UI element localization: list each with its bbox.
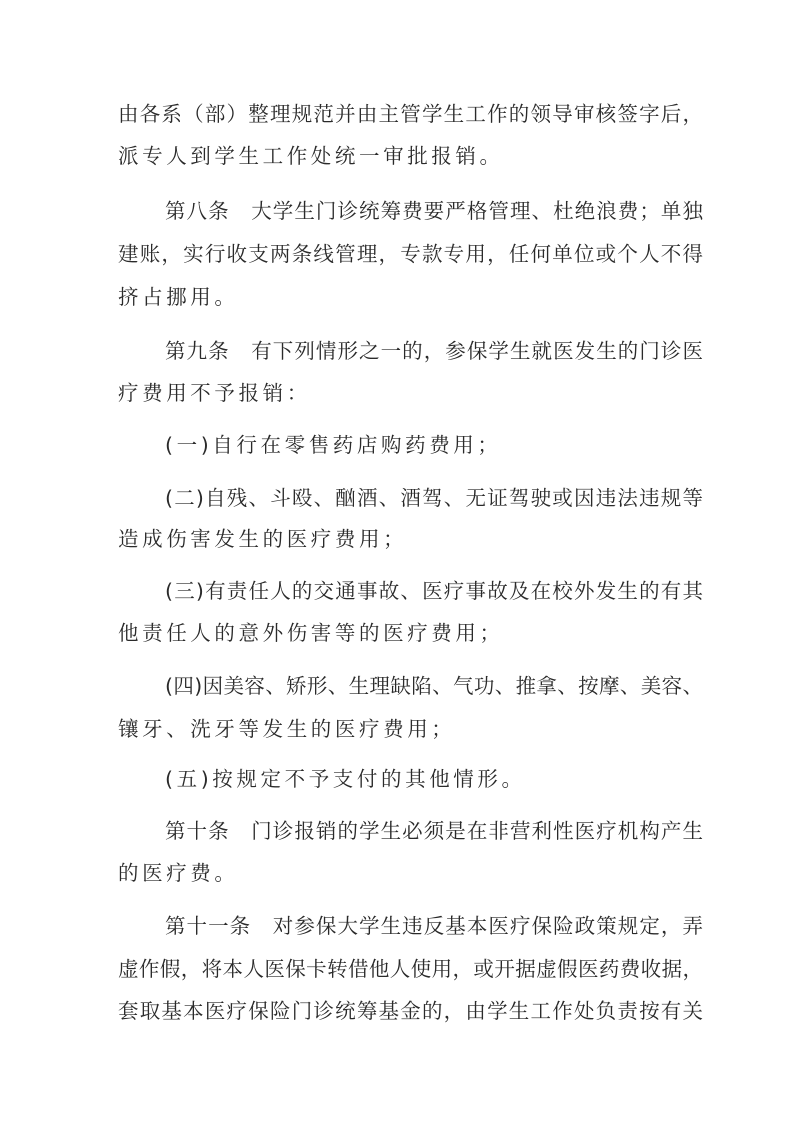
text-line: (三)有责任人的交通事故、医疗事故及在校外发生的有其 xyxy=(165,576,703,606)
text-line: 造成伤害发生的医疗费用； xyxy=(118,524,703,554)
text-line: 虚作假，将本人医保卡转借他人使用，或开据虚假医药费收据， xyxy=(118,954,703,984)
text-line: 派专人到学生工作处统一审批报销。 xyxy=(118,141,703,171)
text-line: (四)因美容、矫形、生理缺陷、气功、推拿、按摩、美容、 xyxy=(165,671,703,701)
text-line: 第九条 有下列情形之一的，参保学生就医发生的门诊医 xyxy=(165,336,703,366)
text-line: 他责任人的意外伤害等的医疗费用； xyxy=(118,618,703,648)
text-line: (五)按规定不予支付的其他情形。 xyxy=(165,764,703,794)
text-line: 第十一条 对参保大学生违反基本医疗保险政策规定，弄 xyxy=(165,911,703,941)
text-line: 由各系（部）整理规范并由主管学生工作的领导审核签字后， xyxy=(118,99,703,129)
text-line: 的医疗费。 xyxy=(118,858,703,888)
text-line: 挤占挪用。 xyxy=(118,282,703,312)
text-line: 第八条 大学生门诊统筹费要严格管理、杜绝浪费；单独 xyxy=(165,196,703,226)
text-line: (二)自残、斗殴、酗酒、酒驾、无证驾驶或因违法违规等 xyxy=(165,483,703,513)
text-line: 镶牙、洗牙等发生的医疗费用； xyxy=(118,714,703,744)
text-line: (一)自行在零售药店购药费用； xyxy=(165,430,703,460)
text-line: 套取基本医疗保险门诊统筹基金的，由学生工作处负责按有关 xyxy=(118,996,703,1026)
text-line: 第十条 门诊报销的学生必须是在非营利性医疗机构产生 xyxy=(165,816,703,846)
text-line: 建账，实行收支两条线管理，专款专用，任何单位或个人不得 xyxy=(118,239,703,269)
document-page: 由各系（部）整理规范并由主管学生工作的领导审核签字后，派专人到学生工作处统一审批… xyxy=(0,0,793,1122)
text-line: 疗费用不予报销： xyxy=(118,378,703,408)
